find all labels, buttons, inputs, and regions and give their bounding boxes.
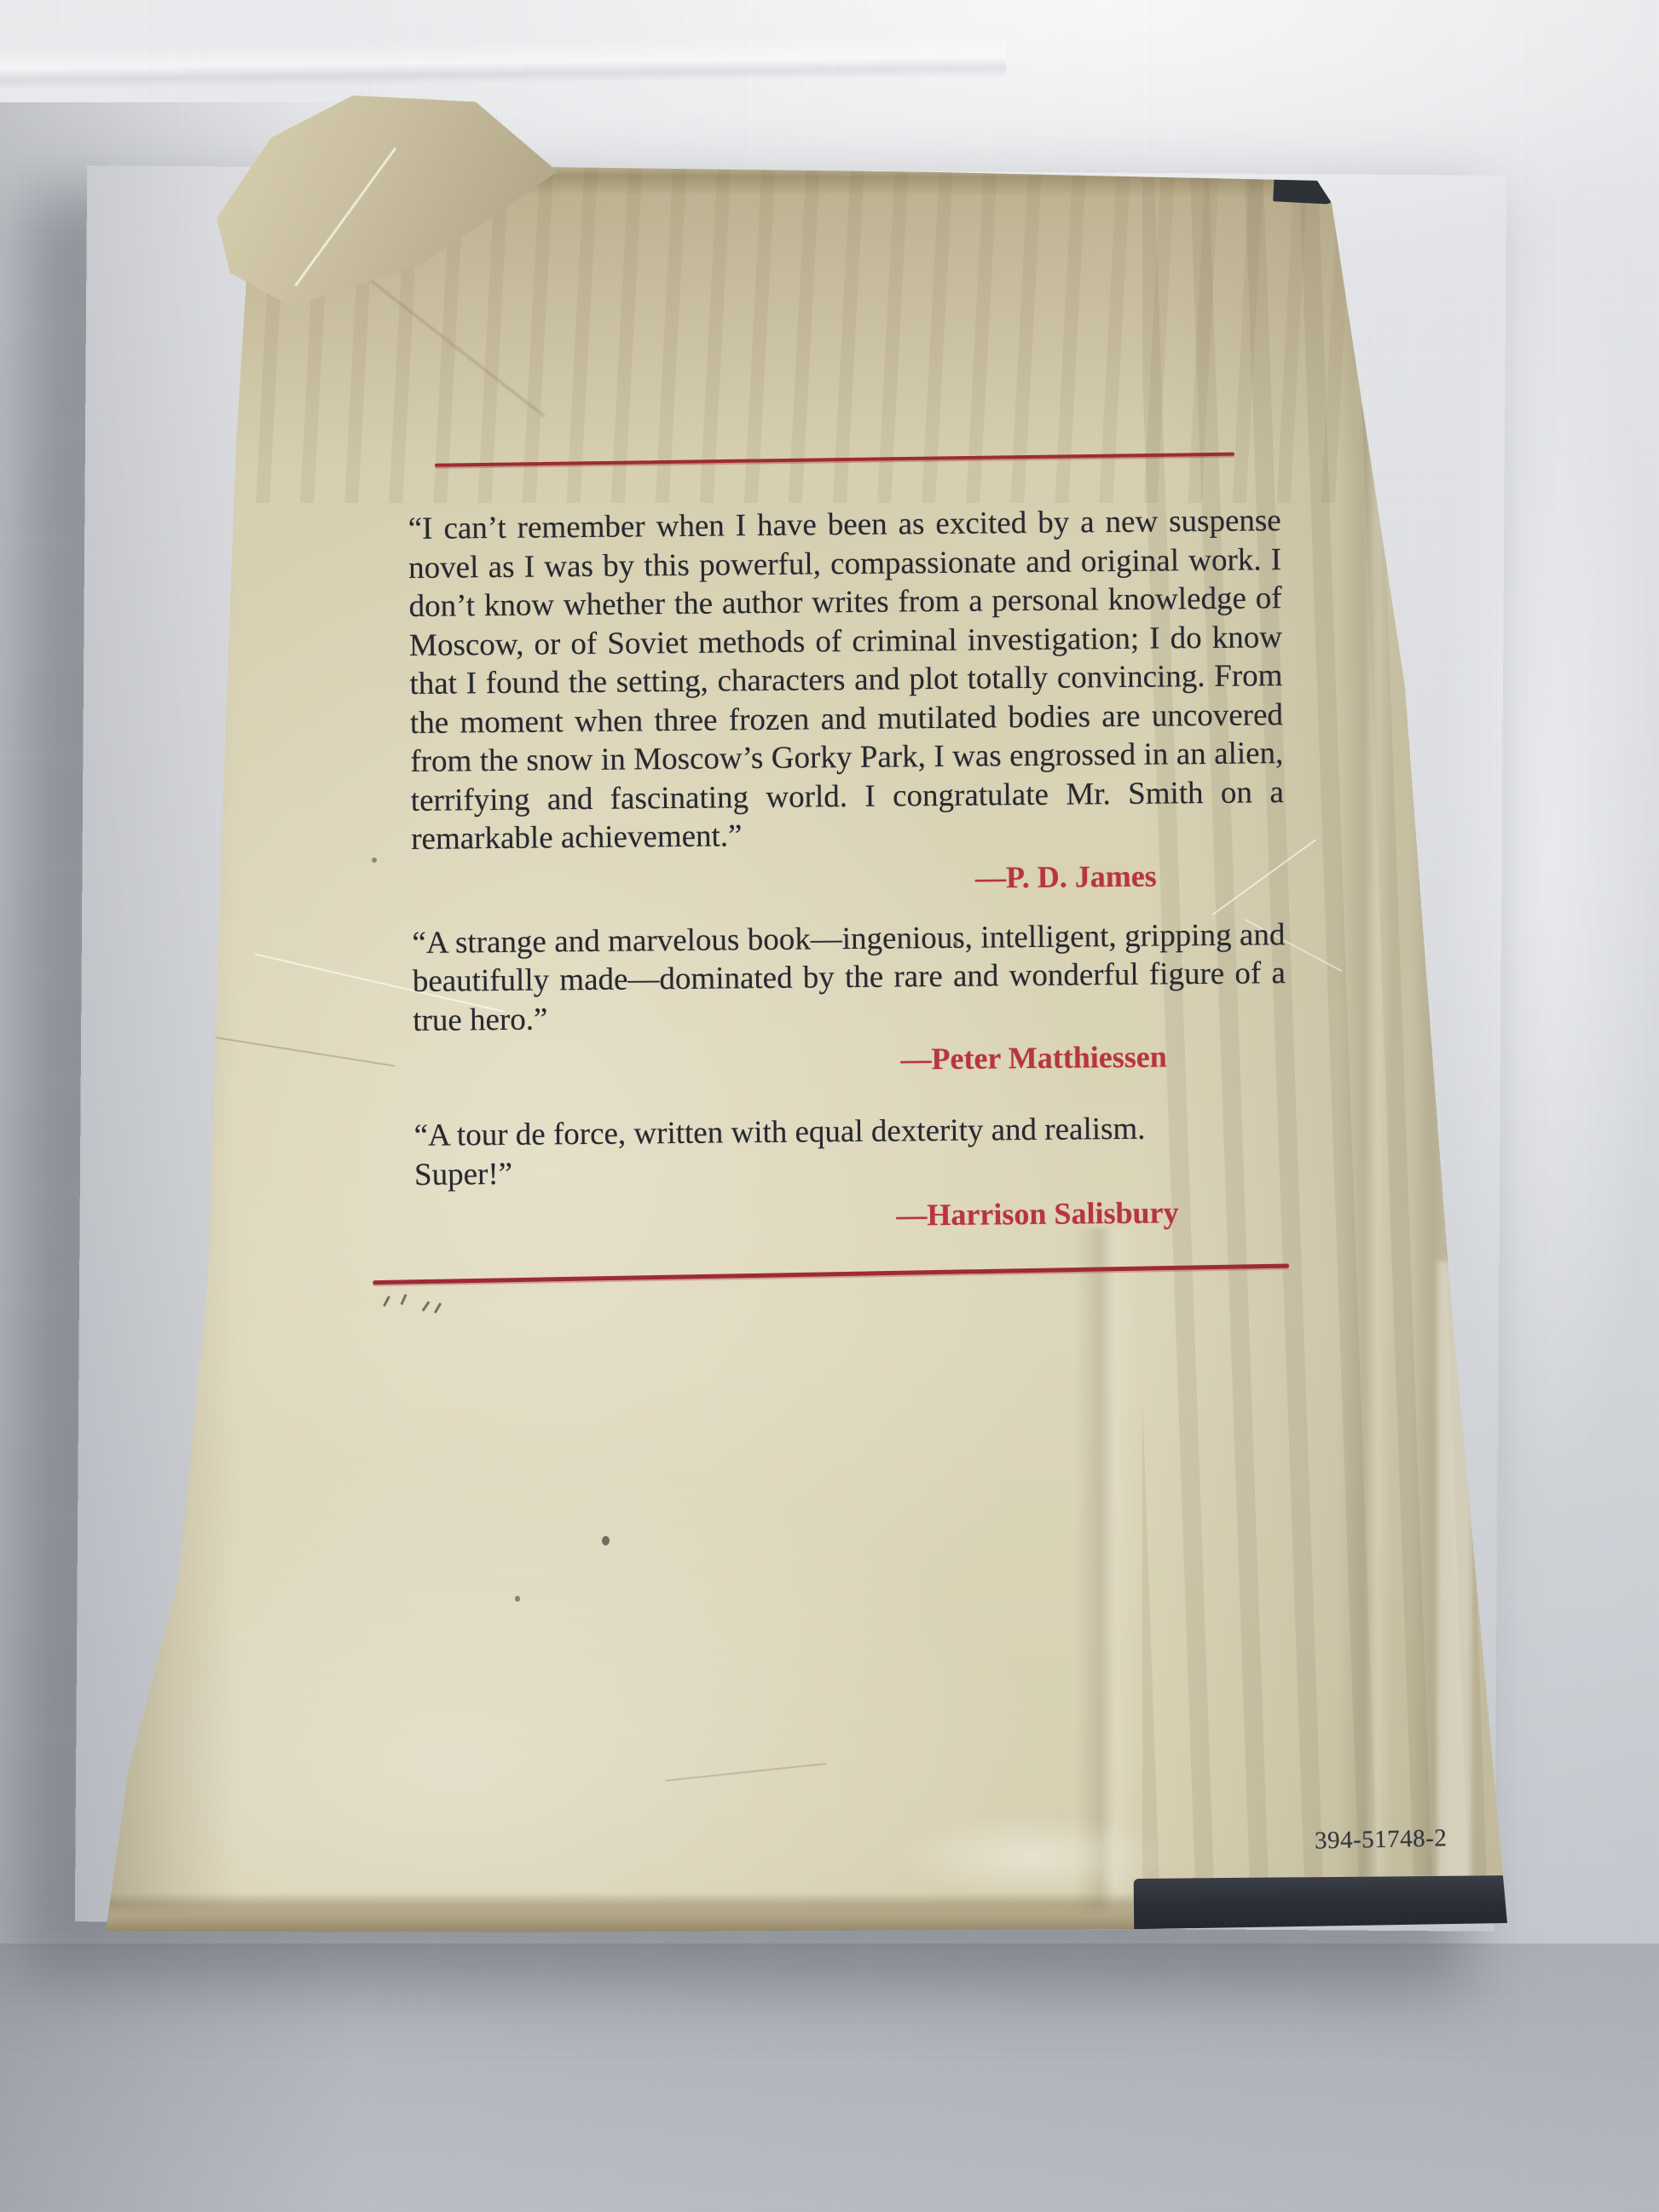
jacket-bottom-scuff — [892, 1814, 1173, 1899]
jacket-bottom-edge — [85, 1892, 1194, 1935]
quote-pd-james: “I can’t remember when I have been as ex… — [408, 501, 1285, 858]
attribution-pd-james: —P. D. James — [412, 856, 1285, 902]
cover-crease-lower-middle — [1076, 1227, 1139, 1918]
red-rule-top — [435, 453, 1234, 467]
dirt-speck — [372, 858, 377, 863]
photo-scene: “I can’t remember when I have been as ex… — [0, 0, 1659, 2212]
pen-mark — [434, 1302, 442, 1314]
dirt-speck — [515, 1596, 520, 1602]
pen-mark — [383, 1296, 390, 1307]
scratch-line — [205, 1035, 396, 1066]
dirt-speck — [602, 1536, 610, 1545]
quote-peter-matthiessen: “A strange and marvelous book—ingenious,… — [412, 915, 1286, 1040]
attribution-peter-matthiessen: —Peter Matthiessen — [413, 1037, 1286, 1083]
jacket-blurb-block: “I can’t remember when I have been as ex… — [408, 453, 1288, 1280]
flap-crease-line — [294, 147, 396, 287]
pen-mark — [400, 1294, 407, 1305]
isbn-number: 394-51748-2 — [1315, 1824, 1448, 1855]
cover-diagonal-crease-topleft — [342, 257, 545, 417]
red-rule-bottom — [373, 1263, 1289, 1285]
pen-mark — [422, 1301, 431, 1311]
attribution-harrison-salisbury: —Harrison Salisbury — [414, 1193, 1287, 1239]
scratch-line — [665, 1763, 826, 1782]
